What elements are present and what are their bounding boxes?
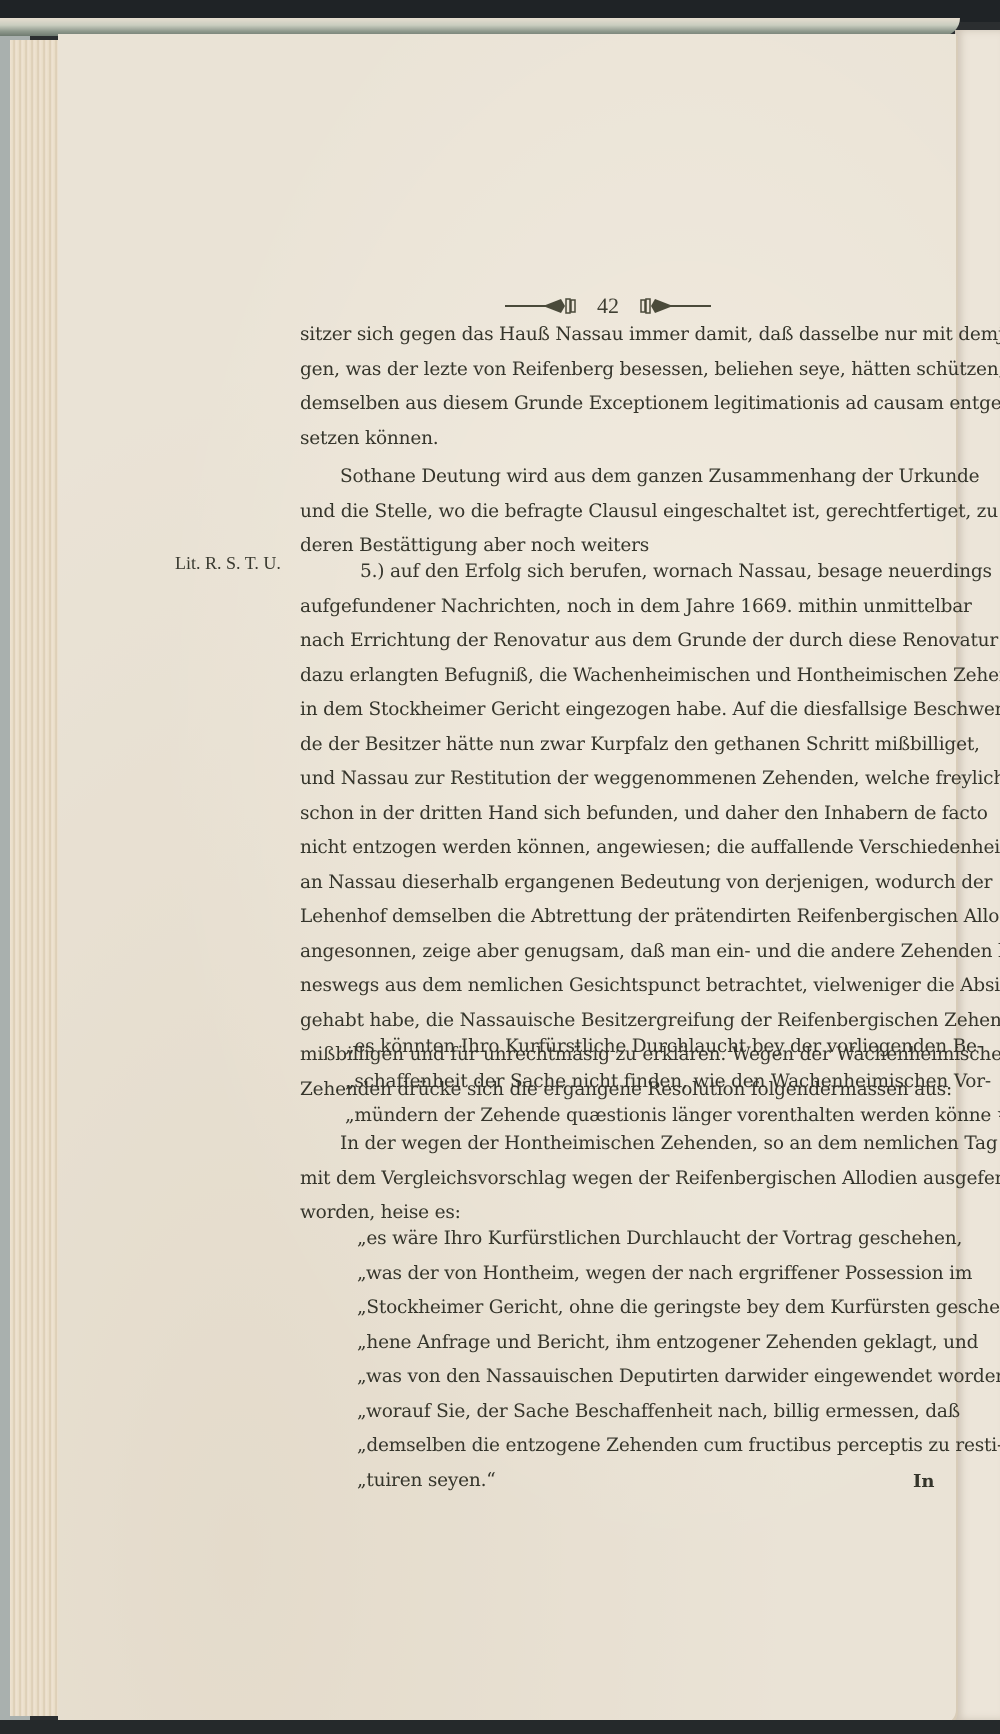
text-line: Sothane Deutung wird aus dem ganzen Zusa…: [300, 460, 998, 495]
paragraph: Sothane Deutung wird aus dem ganzen Zusa…: [300, 460, 998, 564]
text-line: dazu erlangten Befugniß, die Wachenheimi…: [300, 659, 1000, 694]
text-line: nicht entzogen werden können, angewiesen…: [300, 831, 1000, 866]
text-line: und die Stelle, wo die befragte Clausul …: [300, 495, 998, 530]
text-line: schon in der dritten Hand sich befunden,…: [300, 797, 1000, 832]
text-line: angesonnen, zeige aber genugsam, daß man…: [300, 935, 1000, 970]
text-line: gen, was der lezte von Reifenberg besess…: [300, 353, 1000, 388]
text-line: aufgefundener Nachrichten, noch in dem J…: [300, 590, 1000, 625]
text-line: „Stockheimer Gericht, ohne die geringste…: [357, 1291, 1000, 1326]
paragraph: 5.) auf den Erfolg sich berufen, wornach…: [300, 555, 1000, 1107]
text-line: „was von den Nassauischen Deputirten dar…: [357, 1360, 1000, 1395]
text-line: neswegs aus dem nemlichen Gesichtspunct …: [300, 969, 1000, 1004]
text-line: und Nassau zur Restitution der weggenomm…: [300, 762, 1000, 797]
text-line: „worauf Sie, der Sache Beschaffenheit na…: [357, 1395, 1000, 1430]
text-line: „was der von Hontheim, wegen der nach er…: [357, 1257, 1000, 1292]
page-stack-edge: [10, 40, 59, 1716]
margin-note: Lit. R. S. T. U.: [175, 553, 281, 574]
text-line: Lehenhof demselben die Abtrettung der pr…: [300, 900, 1000, 935]
text-line: „es könnten Ihro Kurfürstliche Durchlauc…: [345, 1030, 1000, 1065]
text-line: „schaffenheit der Sache nicht finden, wi…: [345, 1065, 1000, 1100]
text-line: „es wäre Ihro Kurfürstlichen Durchlaucht…: [357, 1222, 1000, 1257]
text-line: an Nassau dieserhalb ergangenen Bedeutun…: [300, 866, 1000, 901]
scan-background-bottom: [0, 1720, 1000, 1734]
text-line: 5.) auf den Erfolg sich berufen, wornach…: [300, 555, 1000, 590]
block-quote: „es könnten Ihro Kurfürstliche Durchlauc…: [345, 1030, 1000, 1134]
text-line: nach Errichtung der Renovatur aus dem Gr…: [300, 624, 1000, 659]
block-quote: „es wäre Ihro Kurfürstlichen Durchlaucht…: [357, 1222, 1000, 1498]
page-number: 42: [597, 293, 619, 319]
text-line: In der wegen der Hontheimischen Zehenden…: [300, 1127, 1000, 1162]
text-line: de der Besitzer hätte nun zwar Kurpfalz …: [300, 728, 1000, 763]
text-line: demselben aus diesem Grunde Exceptionem …: [300, 387, 1000, 422]
text-line: sitzer sich gegen das Hauß Nassau immer …: [300, 318, 1000, 353]
text-line: setzen können.: [300, 422, 1000, 457]
text-line: „demselben die entzogene Zehenden cum fr…: [357, 1429, 1000, 1464]
arrow-ornament-right-icon: [633, 296, 713, 316]
text-line: „hene Anfrage und Bericht, ihm entzogene…: [357, 1326, 1000, 1361]
catchword: In: [913, 1471, 935, 1492]
arrow-ornament-left-icon: [503, 296, 583, 316]
text-line: in dem Stockheimer Gericht eingezogen ha…: [300, 693, 1000, 728]
text-line: mit dem Vergleichsvorschlag wegen der Re…: [300, 1162, 1000, 1197]
text-line: „tuiren seyen.“: [357, 1464, 1000, 1499]
paragraph: In der wegen der Hontheimischen Zehenden…: [300, 1127, 1000, 1231]
paragraph: sitzer sich gegen das Hauß Nassau immer …: [300, 318, 1000, 456]
